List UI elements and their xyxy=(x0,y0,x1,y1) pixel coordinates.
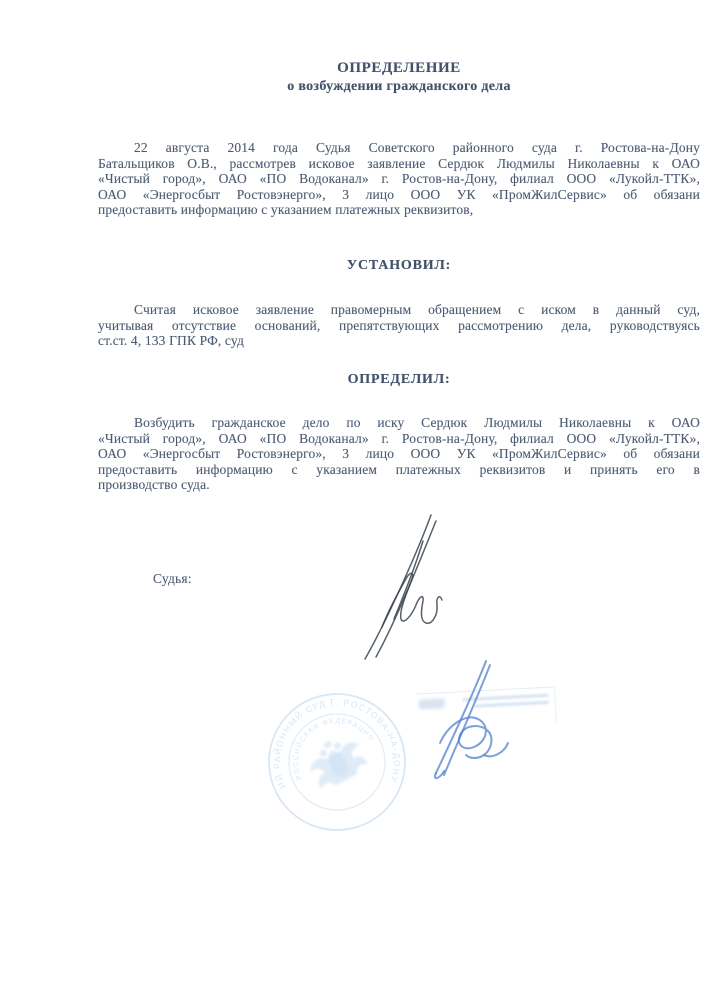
judge-signature xyxy=(352,511,447,663)
judge-label: Судья: xyxy=(153,571,192,587)
heading-opredelil: ОПРЕДЕЛИЛ: xyxy=(98,372,700,388)
document-subtitle: о возбуждении гражданского дела xyxy=(98,79,700,95)
text-line: предоставить информацию с указанием плат… xyxy=(98,462,700,478)
document-title: ОПРЕДЕЛЕНИЕ xyxy=(98,60,700,77)
ustanovil-paragraph: Считая исковое заявление правомерным обр… xyxy=(98,302,700,349)
text-line: учитывая отсутствие оснований, препятств… xyxy=(98,318,700,334)
stamp-signature-blue xyxy=(416,657,516,785)
text-line: Батальщиков О.В., рассмотрев исковое зая… xyxy=(98,156,700,172)
text-line: «Чистый город», ОАО «ПО Водоканал» г. Ро… xyxy=(98,171,700,187)
text-line: производство суда. xyxy=(98,477,700,493)
scanned-court-document: ОПРЕДЕЛЕНИЕ о возбуждении гражданского д… xyxy=(0,0,708,999)
text-line: Возбудить гражданское дело по иску Сердю… xyxy=(98,415,700,431)
text-line: 22 августа 2014 года Судья Советского ра… xyxy=(98,140,700,156)
text-line: Считая исковое заявление правомерным обр… xyxy=(98,302,700,318)
text-line: предоставить информацию с указанием плат… xyxy=(98,202,700,218)
text-line: ОАО «Энергосбыт Ростовэнерго», 3 лицо ОО… xyxy=(98,187,700,203)
intro-paragraph: 22 августа 2014 года Судья Советского ра… xyxy=(98,140,700,218)
opredelil-paragraph: Возбудить гражданское дело по иску Сердю… xyxy=(98,415,700,493)
text-line: «Чистый город», ОАО «ПО Водоканал» г. Ро… xyxy=(98,431,700,447)
court-round-stamp: СОВЕТСКИЙ РАЙОННЫЙ СУД Г. РОСТОВА-НА-ДОН… xyxy=(251,676,423,848)
heading-ustanovil: УСТАНОВИЛ: xyxy=(98,258,700,274)
text-line: ст.ст. 4, 133 ГПК РФ, суд xyxy=(98,333,700,349)
text-line: ОАО «Энергосбыт Ростовэнерго», 3 лицо ОО… xyxy=(98,446,700,462)
stamp-eagle-emblem xyxy=(302,729,371,792)
